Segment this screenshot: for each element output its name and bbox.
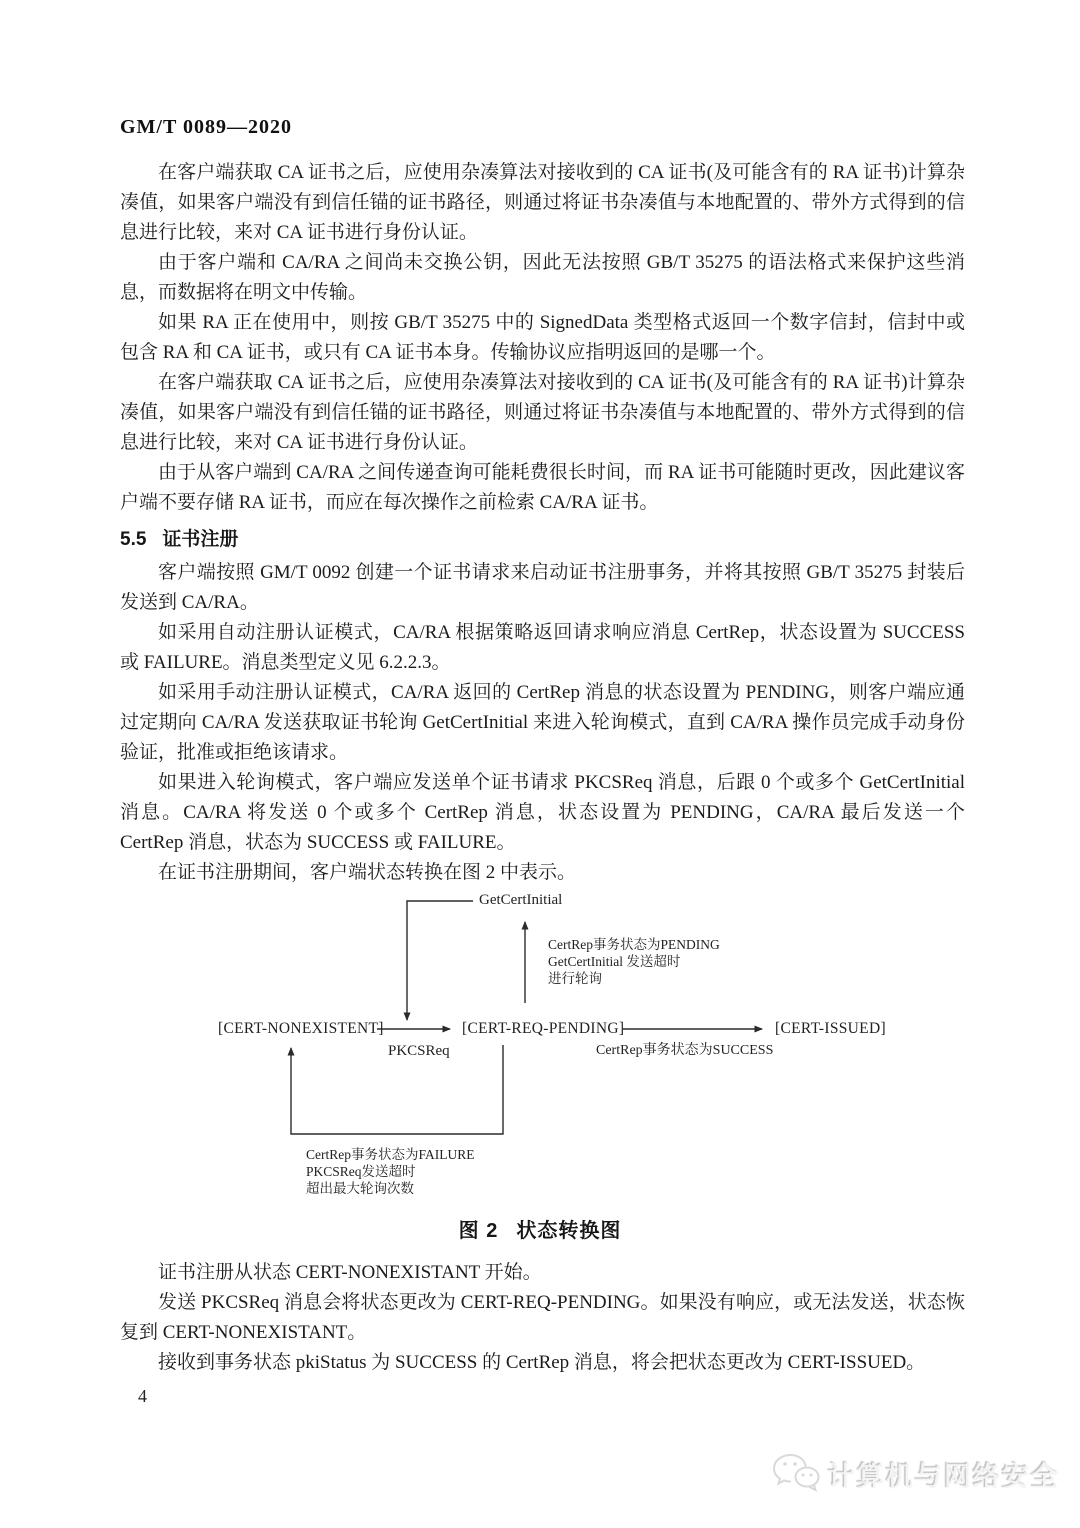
watermark-text: 计算机与网络安全: [828, 1455, 1060, 1494]
paragraph: 发送 PKCSReq 消息会将状态更改为 CERT-REQ-PENDING。如果…: [120, 1288, 965, 1348]
note-line: 超出最大轮询次数: [306, 1180, 475, 1197]
note-line: 进行轮询: [548, 970, 720, 987]
paragraph: 接收到事务状态 pkiStatus 为 SUCCESS 的 CertRep 消息…: [120, 1348, 965, 1378]
note-failure-transition: CertRep事务状态为FAILURE PKCSReq发送超时 超出最大轮询次数: [306, 1146, 475, 1197]
figure-title: 状态转换图: [516, 1220, 621, 1242]
label-pkcsreq: PKCSReq: [388, 1043, 450, 1060]
state-cert-issued: [CERT-ISSUED]: [775, 1020, 886, 1038]
document-page: GM/T 0089—2020 在客户端获取 CA 证书之后，应使用杂凑算法对接收…: [0, 0, 1080, 1528]
body-text-block-3: 证书注册从状态 CERT-NONEXISTANT 开始。 发送 PKCSReq …: [120, 1258, 965, 1378]
note-line: CertRep事务状态为PENDING: [548, 936, 720, 953]
wechat-icon: [770, 1449, 822, 1500]
paragraph: 证书注册从状态 CERT-NONEXISTANT 开始。: [120, 1258, 965, 1288]
edge-getcertinitial-to-junction: [407, 901, 473, 1020]
note-pending-transition: CertRep事务状态为PENDING GetCertInitial 发送超时 …: [548, 936, 720, 987]
state-cert-nonexistent: [CERT-NONEXISTENT]: [218, 1020, 384, 1038]
page-number: 4: [138, 1386, 147, 1407]
label-getcertinitial: GetCertInitial: [479, 892, 562, 909]
figure-caption: 图 2状态转换图: [0, 1214, 1080, 1243]
state-cert-req-pending: [CERT-REQ-PENDING]: [462, 1020, 624, 1038]
figure-number: 图 2: [459, 1220, 499, 1242]
note-line: PKCSReq发送超时: [306, 1163, 475, 1180]
note-line: CertRep事务状态为FAILURE: [306, 1146, 475, 1163]
label-success-transition: CertRep事务状态为SUCCESS: [596, 1042, 773, 1059]
note-line: GetCertInitial 发送超时: [548, 953, 720, 970]
watermark: 计算机与网络安全: [770, 1446, 1060, 1502]
